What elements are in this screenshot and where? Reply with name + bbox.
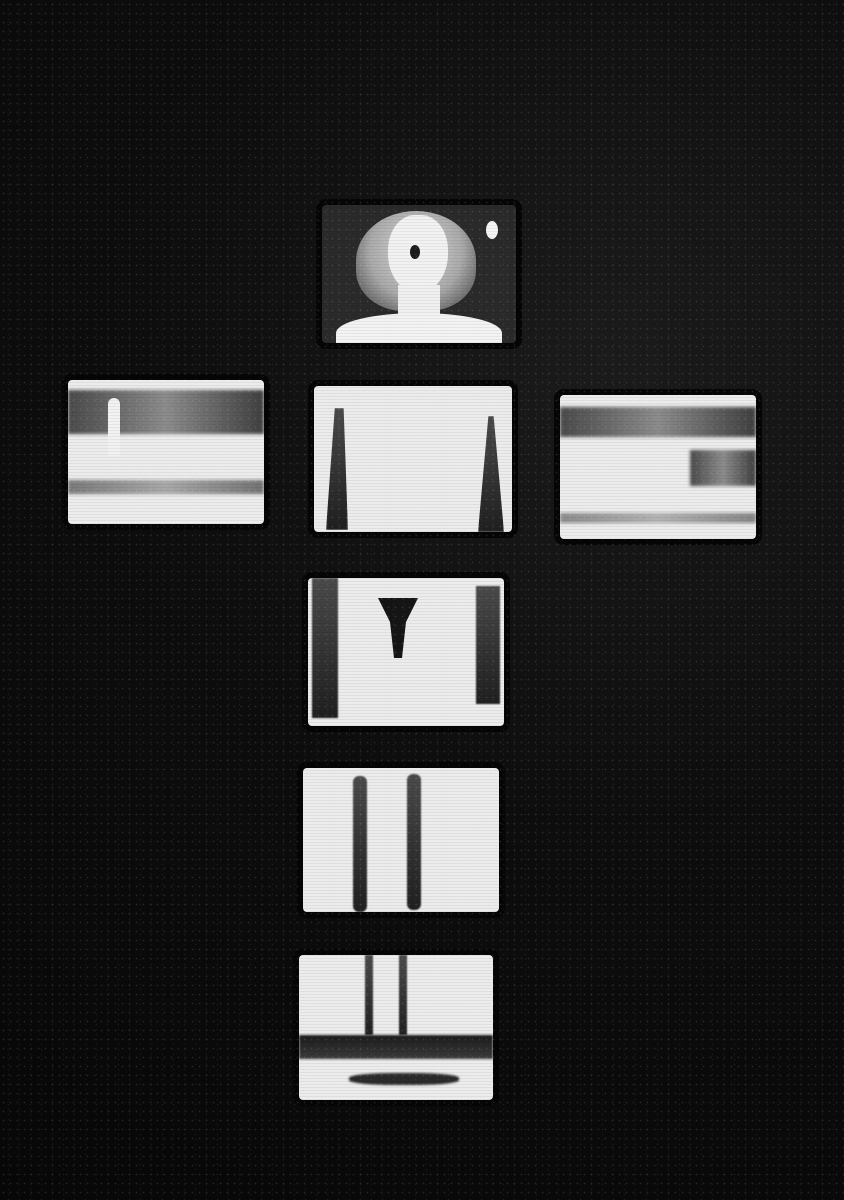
monitor-right	[560, 395, 756, 539]
monitor-legs	[303, 768, 499, 912]
ground-shape	[299, 1035, 493, 1059]
monitor-torso	[314, 386, 512, 532]
shoulders-shape	[336, 313, 502, 343]
bright-spot-shape	[486, 221, 498, 239]
photograph	[0, 0, 844, 1200]
right-arm-shape	[478, 416, 504, 532]
horizon-band	[560, 407, 756, 437]
monitor-head	[322, 205, 516, 343]
left-leg-outline-shape	[353, 776, 367, 912]
right-thigh-edge-shape	[476, 586, 500, 704]
left-thigh-edge-shape	[312, 578, 338, 718]
right-ankle-shape	[399, 955, 407, 1035]
pelvis-shadow-shape	[378, 598, 418, 658]
right-leg-outline-shape	[407, 774, 421, 910]
monitor-pelvis	[308, 578, 504, 726]
rocks-shape	[349, 1073, 459, 1085]
horizon-band	[68, 390, 264, 434]
horizon-band	[560, 513, 756, 523]
left-arm-shape	[326, 408, 348, 530]
horizon-band	[68, 480, 264, 494]
scanlines	[303, 768, 499, 912]
left-ankle-shape	[365, 955, 373, 1035]
distant-figure-shape	[108, 398, 120, 456]
monitor-feet	[299, 955, 493, 1100]
horizon-band	[690, 450, 756, 486]
monitor-left	[68, 380, 264, 524]
mouth-shape	[410, 245, 420, 259]
